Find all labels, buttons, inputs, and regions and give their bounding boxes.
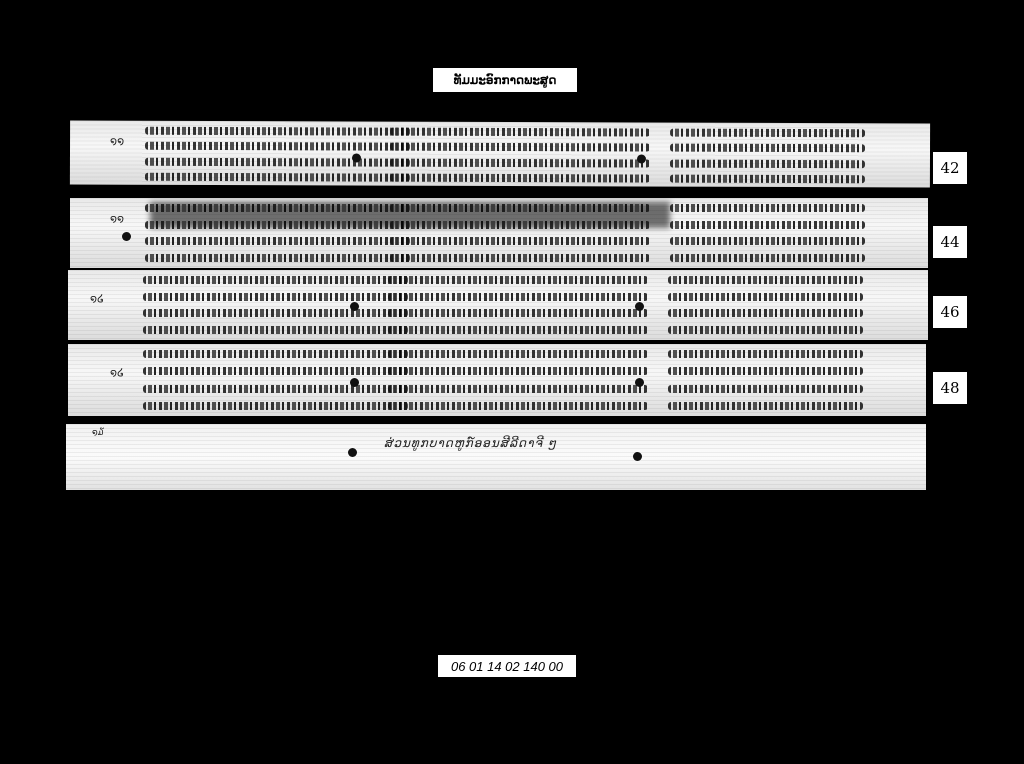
page-number-tag: 42 [933, 152, 967, 184]
text-block-left [143, 350, 408, 410]
leaf-marker: ໑໑ [110, 135, 124, 148]
text-block-middle [390, 128, 650, 183]
page-number-tag: 44 [933, 226, 967, 258]
text-block-left [145, 127, 410, 182]
binding-hole [635, 378, 644, 387]
colophon-text: ສ່ວນທູກບາດຫູກ໌ອອນສີລີດາຈີ ໆ [384, 436, 557, 450]
text-block-right [670, 129, 865, 184]
binding-hole [352, 153, 361, 162]
catalog-number-label: 06 01 14 02 140 00 [438, 655, 576, 677]
text-block-left [145, 204, 410, 262]
text-block-middle [388, 350, 648, 410]
binding-hole [348, 448, 357, 457]
manuscript-leaf-5: ໑໓ ສ່ວນທູກບາດຫູກ໌ອອນສີລີດາຈີ ໆ [66, 424, 926, 490]
binding-hole [122, 232, 131, 241]
binding-hole [635, 302, 644, 311]
text-block-left [143, 276, 408, 334]
manuscript-leaf-1: ໑໑ [70, 120, 930, 187]
leaf-marker: ໑໓ [92, 428, 104, 438]
leaf-marker: ໑໒ [110, 366, 124, 379]
text-block-middle [390, 204, 650, 262]
text-block-right [670, 204, 865, 262]
text-block-right [668, 350, 863, 410]
leaf-marker: ໑໑ [110, 212, 124, 225]
binding-hole [350, 302, 359, 311]
binding-hole [637, 154, 646, 163]
manuscript-leaf-3: ໑໒ [68, 270, 928, 340]
text-block-right [668, 276, 863, 334]
manuscript-leaf-4: ໑໒ [68, 344, 926, 416]
page-number-tag: 46 [933, 296, 967, 328]
page-number-tag: 48 [933, 372, 967, 404]
leaf-marker: ໑໒ [90, 292, 104, 305]
binding-hole [350, 378, 359, 387]
title-label: ທັມມະອົກກາດພະສູດ [433, 68, 577, 92]
text-block-middle [388, 276, 648, 334]
binding-hole [633, 452, 642, 461]
manuscript-leaf-2: ໑໑ [70, 198, 928, 268]
